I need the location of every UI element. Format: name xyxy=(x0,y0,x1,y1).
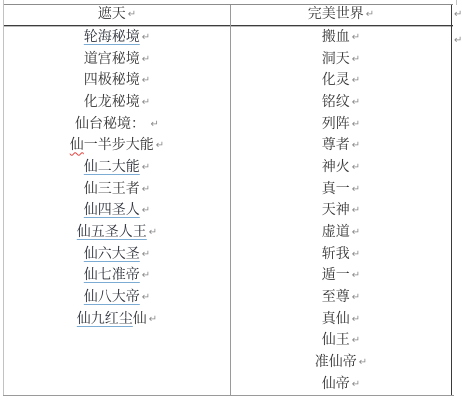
table-row: 四极秘境↵ xyxy=(4,70,230,92)
table-row: 遮天↵ xyxy=(98,4,136,26)
body-column-perfect-world: 搬血↵洞天↵化灵↵铭纹↵列阵↵尊者↵神火↵真一↵天神↵虚道↵斩我↵遁一↵至尊↵真… xyxy=(231,27,451,396)
paragraph-mark-icon: ↵ xyxy=(352,120,360,130)
paragraph-mark-icon: ↵ xyxy=(128,10,136,20)
paragraph-mark-icon: ↵ xyxy=(352,33,360,43)
paragraph-mark-icon: ↵ xyxy=(352,55,360,65)
realm-text: 一半步大能 xyxy=(84,139,154,153)
paragraph-mark-icon: ↵ xyxy=(142,163,150,173)
realm-hyperlink[interactable]: 轮海秘境 xyxy=(84,31,140,45)
paragraph-mark-icon: ↵ xyxy=(149,315,157,325)
table-row: 完美世界↵ xyxy=(308,4,374,26)
realm-text: 尊者 xyxy=(322,139,350,153)
body-column-zhetian: 轮海秘境↵道宫秘境↵四极秘境↵化龙秘境↵仙台秘境： ↵仙一半步大能↵仙二大能↵仙… xyxy=(4,27,230,331)
realm-text: 列阵 xyxy=(322,118,350,132)
paragraph-mark-icon: ↵ xyxy=(352,206,360,216)
table-border-right xyxy=(451,5,452,395)
paragraph-mark-icon: ↵ xyxy=(151,120,159,130)
header-cell-zhetian: 遮天↵ xyxy=(4,5,230,25)
paragraph-mark-icon: ↵ xyxy=(352,250,360,260)
paragraph-mark-icon: ↵ xyxy=(142,33,150,43)
realm-text: 化灵 xyxy=(322,74,350,88)
realm-text: 搬血 xyxy=(322,31,350,45)
table-row: 仙帝↵ xyxy=(231,374,451,396)
paragraph-mark-icon: ↵ xyxy=(352,228,360,238)
realm-hyperlink[interactable]: 仙六大圣 xyxy=(84,248,140,262)
table-row: 仙二大能↵ xyxy=(4,157,230,179)
paragraph-mark-icon: ↵ xyxy=(352,98,360,108)
paragraph-mark-icon: ↵ xyxy=(142,76,150,86)
table-row: 道宫秘境↵ xyxy=(4,49,230,71)
realm-hyperlink[interactable]: 仙九红尘 xyxy=(77,313,133,327)
table-border-stub-top-right xyxy=(456,0,457,5)
table-row: 列阵↵ xyxy=(231,114,451,136)
realm-text: 仙王 xyxy=(322,334,350,348)
table-row: 斩我↵ xyxy=(231,244,451,266)
table-row: 仙王↵ xyxy=(231,331,451,353)
table-row: 虚道↵ xyxy=(231,222,451,244)
paragraph-mark-icon: ↵ xyxy=(142,185,150,195)
realm-text: 化龙秘境 xyxy=(84,96,140,110)
table-row: 仙五圣人王↵ xyxy=(4,222,230,244)
paragraph-mark-icon: ↵ xyxy=(352,76,360,86)
end-of-row-mark: ↵ xyxy=(454,9,462,20)
paragraph-mark-icon: ↵ xyxy=(352,380,360,390)
paragraph-mark-icon: ↵ xyxy=(142,271,150,281)
paragraph-mark-icon: ↵ xyxy=(366,10,374,20)
paragraph-mark-icon: ↵ xyxy=(142,293,150,303)
table-row: 化龙秘境↵ xyxy=(4,92,230,114)
realm-text: 四极秘境 xyxy=(84,74,140,88)
table-row: 铭纹↵ xyxy=(231,92,451,114)
realm-text: 真仙 xyxy=(322,313,350,327)
table-row: 仙一半步大能↵ xyxy=(4,135,230,157)
table-row: 仙六大圣↵ xyxy=(4,244,230,266)
realm-text: 铭纹 xyxy=(322,96,350,110)
paragraph-mark-icon: ↵ xyxy=(142,250,150,260)
table-row: 真一↵ xyxy=(231,179,451,201)
table-row: 洞天↵ xyxy=(231,49,451,71)
realm-text: 准仙帝 xyxy=(315,356,357,370)
realm-text: 神火 xyxy=(322,161,350,175)
paragraph-mark-icon: ↵ xyxy=(359,358,367,368)
table-row: 轮海秘境↵ xyxy=(4,27,230,49)
table-row: 至尊↵ xyxy=(231,287,451,309)
realm-text: 洞天 xyxy=(322,53,350,67)
table-row: 仙四圣人↵ xyxy=(4,201,230,223)
paragraph-mark-icon: ↵ xyxy=(352,315,360,325)
realm-text: 虚道 xyxy=(322,226,350,240)
paragraph-mark-icon: ↵ xyxy=(156,141,164,151)
realm-text: 仙帝 xyxy=(322,378,350,392)
table-row: 遁一↵ xyxy=(231,266,451,288)
table-row: 仙台秘境： ↵ xyxy=(4,114,230,136)
realm-hyperlink[interactable]: 仙八大帝 xyxy=(84,291,140,305)
realm-hyperlink[interactable]: 仙五圣人王 xyxy=(77,226,147,240)
realm-text: 完美世界 xyxy=(308,8,364,22)
realm-text: 真一 xyxy=(322,183,350,197)
table-row: 仙九红尘仙↵ xyxy=(4,309,230,331)
paragraph-mark-icon: ↵ xyxy=(352,271,360,281)
realm-text: 遮天 xyxy=(98,8,126,22)
realm-text: 道宫秘境 xyxy=(84,53,140,67)
realm-text: 遁一 xyxy=(322,269,350,283)
realm-text: 至尊 xyxy=(322,291,350,305)
realm-text: 仙 xyxy=(133,313,147,327)
table-row: 神火↵ xyxy=(231,157,451,179)
paragraph-mark-icon: ↵ xyxy=(142,98,150,108)
table-row: 仙三王者↵ xyxy=(4,179,230,201)
paragraph-mark-icon: ↵ xyxy=(352,141,360,151)
table-row: 真仙↵ xyxy=(231,309,451,331)
end-of-row-mark: ↵ xyxy=(454,35,462,46)
realm-text: 天神 xyxy=(322,204,350,218)
paragraph-mark-icon: ↵ xyxy=(352,163,360,173)
paragraph-mark-icon: ↵ xyxy=(149,228,157,238)
realm-text: 仙台秘境： xyxy=(75,118,149,132)
table-row: 仙八大帝↵ xyxy=(4,287,230,309)
realm-text: 仙三王者 xyxy=(84,183,140,197)
paragraph-mark-icon: ↵ xyxy=(142,55,150,65)
realm-hyperlink[interactable]: 仙七准帝 xyxy=(84,269,140,283)
table-row: 化灵↵ xyxy=(231,70,451,92)
paragraph-mark-icon: ↵ xyxy=(352,336,360,346)
realm-hyperlink[interactable]: 仙二大能 xyxy=(84,161,140,175)
paragraph-mark-icon: ↵ xyxy=(352,185,360,195)
table-row: 准仙帝↵ xyxy=(231,352,451,374)
table-row: 尊者↵ xyxy=(231,135,451,157)
table-header-bottom-border xyxy=(3,25,453,26)
header-cell-perfect-world: 完美世界↵ xyxy=(231,5,451,25)
table-row: 搬血↵ xyxy=(231,27,451,49)
paragraph-mark-icon: ↵ xyxy=(142,206,150,216)
realm-hyperlink[interactable]: 仙四圣人 xyxy=(84,204,140,218)
realm-text: 斩我 xyxy=(322,248,350,262)
paragraph-mark-icon: ↵ xyxy=(352,293,360,303)
table-row: 仙七准帝↵ xyxy=(4,266,230,288)
realm-text: 仙 xyxy=(70,139,84,153)
word-document-table-page: 遮天↵ 完美世界↵ 轮海秘境↵道宫秘境↵四极秘境↵化龙秘境↵仙台秘境： ↵仙一半… xyxy=(0,0,462,400)
table-row: 天神↵ xyxy=(231,201,451,223)
